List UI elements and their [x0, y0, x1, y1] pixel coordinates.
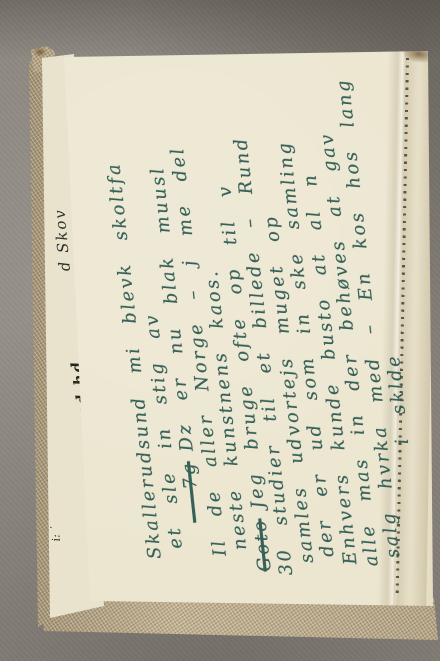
- margin-note-top: d Skov: [50, 207, 73, 272]
- manuscript-photo: { "photo": { "felt_color": "#8b857e", "p…: [0, 0, 440, 661]
- handwriting-block: Skallerudsund mi blevk skoltfa et sle in…: [93, 34, 426, 590]
- margin-note-lower: i: ˙: [49, 525, 63, 542]
